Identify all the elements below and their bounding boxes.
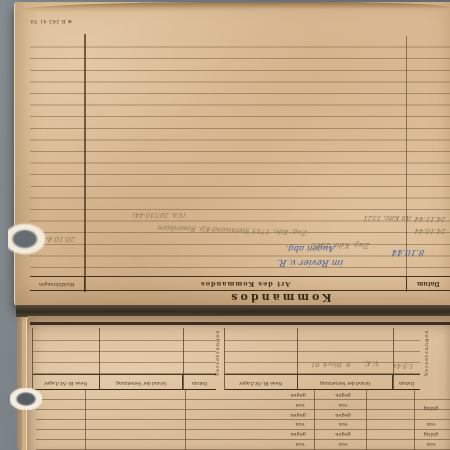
column-header-neue-bl: Neue Bl.-Nr./Lager: [225, 375, 297, 389]
grid-word-von: von: [330, 421, 356, 427]
grid-word-gegen: gegen: [284, 412, 312, 418]
handwriting-ink-entry: im Revier v. R.: [251, 257, 369, 267]
column-header-label: Art des Kommandos: [200, 280, 290, 288]
handwriting-pencil-entry: 9. Block 91: [301, 360, 360, 368]
grid-word-gegen: gegen: [284, 392, 312, 398]
grid-word-gegen: gegen: [284, 431, 312, 437]
grid-column-divider: [366, 390, 367, 450]
column-header-label: Neue Bl.-Nr./Lager: [239, 380, 282, 385]
grid-column-divider: [314, 390, 315, 450]
kommandos-section-title: Kommandos: [200, 291, 360, 304]
versetzungen-section-label: Versetzungen: [424, 330, 434, 376]
print-code-text: B 262 41 50: [30, 18, 65, 24]
column-header-rueckfuehrungen: Rückführungen: [30, 277, 84, 290]
grid-row-lines: [36, 390, 450, 450]
stamp-icon: ⊛: [67, 18, 72, 24]
column-divider-left: [84, 34, 86, 292]
grid-word-von: von: [290, 402, 310, 408]
column-header-label: Rückführungen: [39, 281, 74, 286]
ruled-lines: [30, 36, 450, 270]
grid-word-gegen: gegen: [324, 431, 362, 437]
grid-word-von: von: [330, 402, 356, 408]
column-header-label: Grund der Versetzung: [320, 380, 370, 385]
handwriting-pencil-note: (V.A. 207/10-44): [117, 211, 200, 219]
column-header-label: Grund der Versetzung: [116, 380, 166, 385]
handwriting-pencil-entry: V. K.: [357, 359, 384, 367]
column-header-label: Datum: [417, 280, 440, 287]
handwriting-pencil-date: 1.9.44: [387, 362, 418, 370]
form-print-code: ⊛ B 262 41 50: [26, 16, 72, 26]
versetzungen-section-label: Versetzungen: [215, 330, 225, 376]
column-header-datum: Datum: [182, 375, 216, 389]
kommandos-header-row: Rückführungen Art des Kommandos Datum: [30, 276, 450, 291]
grid-word-gegen: gegen: [324, 412, 362, 418]
versetzungen-table-right: Neue Bl.-Nr./Lager Grund der Versetzung …: [224, 328, 420, 390]
versetzungen-header-row: Neue Bl.-Nr./Lager Grund der Versetzung …: [225, 374, 420, 390]
scanned-document: ⊛ B 262 41 50 Rückführungen Art des Komm…: [0, 0, 450, 450]
column-header-datum: Datum: [406, 277, 450, 290]
punch-hole: [10, 388, 42, 410]
handwriting-pencil-date: 24.11.44: [409, 215, 450, 223]
grid-word-gueltig: gültig: [414, 431, 448, 437]
versetzungen-table-left: Neue Bl.-Nr./Lager Grund der Versetzung …: [32, 328, 216, 390]
column-header-grund: Grund der Versetzung: [99, 375, 183, 389]
grid-word-von: von: [418, 441, 444, 447]
grid-column-divider: [414, 390, 415, 450]
table-row-lines: [33, 330, 216, 374]
column-header-art-des-kommandos: Art des Kommandos: [84, 277, 406, 290]
grid-word-von: von: [290, 421, 310, 427]
versetzungen-header-row: Neue Bl.-Nr./Lager Grund der Versetzung …: [33, 374, 216, 390]
column-header-grund: Grund der Versetzung: [297, 375, 393, 389]
handwriting-pencil-entry: Zug. Kdo. 2310: [297, 241, 382, 250]
grid-word-von: von: [418, 421, 444, 427]
grid-word-von: von: [290, 441, 310, 447]
handwriting-pencil-date: 24.10.44: [409, 227, 450, 235]
column-header-label: Neue Bl.-Nr./Lager: [44, 380, 87, 385]
column-header-datum: Datum: [392, 375, 420, 389]
column-header-label: Datum: [192, 380, 207, 385]
grid-word-von: von: [330, 441, 356, 447]
grid-column-divider: [185, 390, 186, 450]
column-header-neue-bl: Neue Bl.-Nr./Lager: [33, 375, 99, 389]
column-header-label: Datum: [399, 380, 414, 385]
grid-word-gegen: gegen: [324, 392, 362, 398]
handwriting-ink-date: 8.10.44: [385, 247, 431, 257]
grid-word-gueltig: gültig: [414, 405, 448, 411]
table-outer-rule: [30, 322, 450, 325]
grid-column-divider: [85, 390, 86, 450]
torn-hole: [8, 222, 48, 256]
